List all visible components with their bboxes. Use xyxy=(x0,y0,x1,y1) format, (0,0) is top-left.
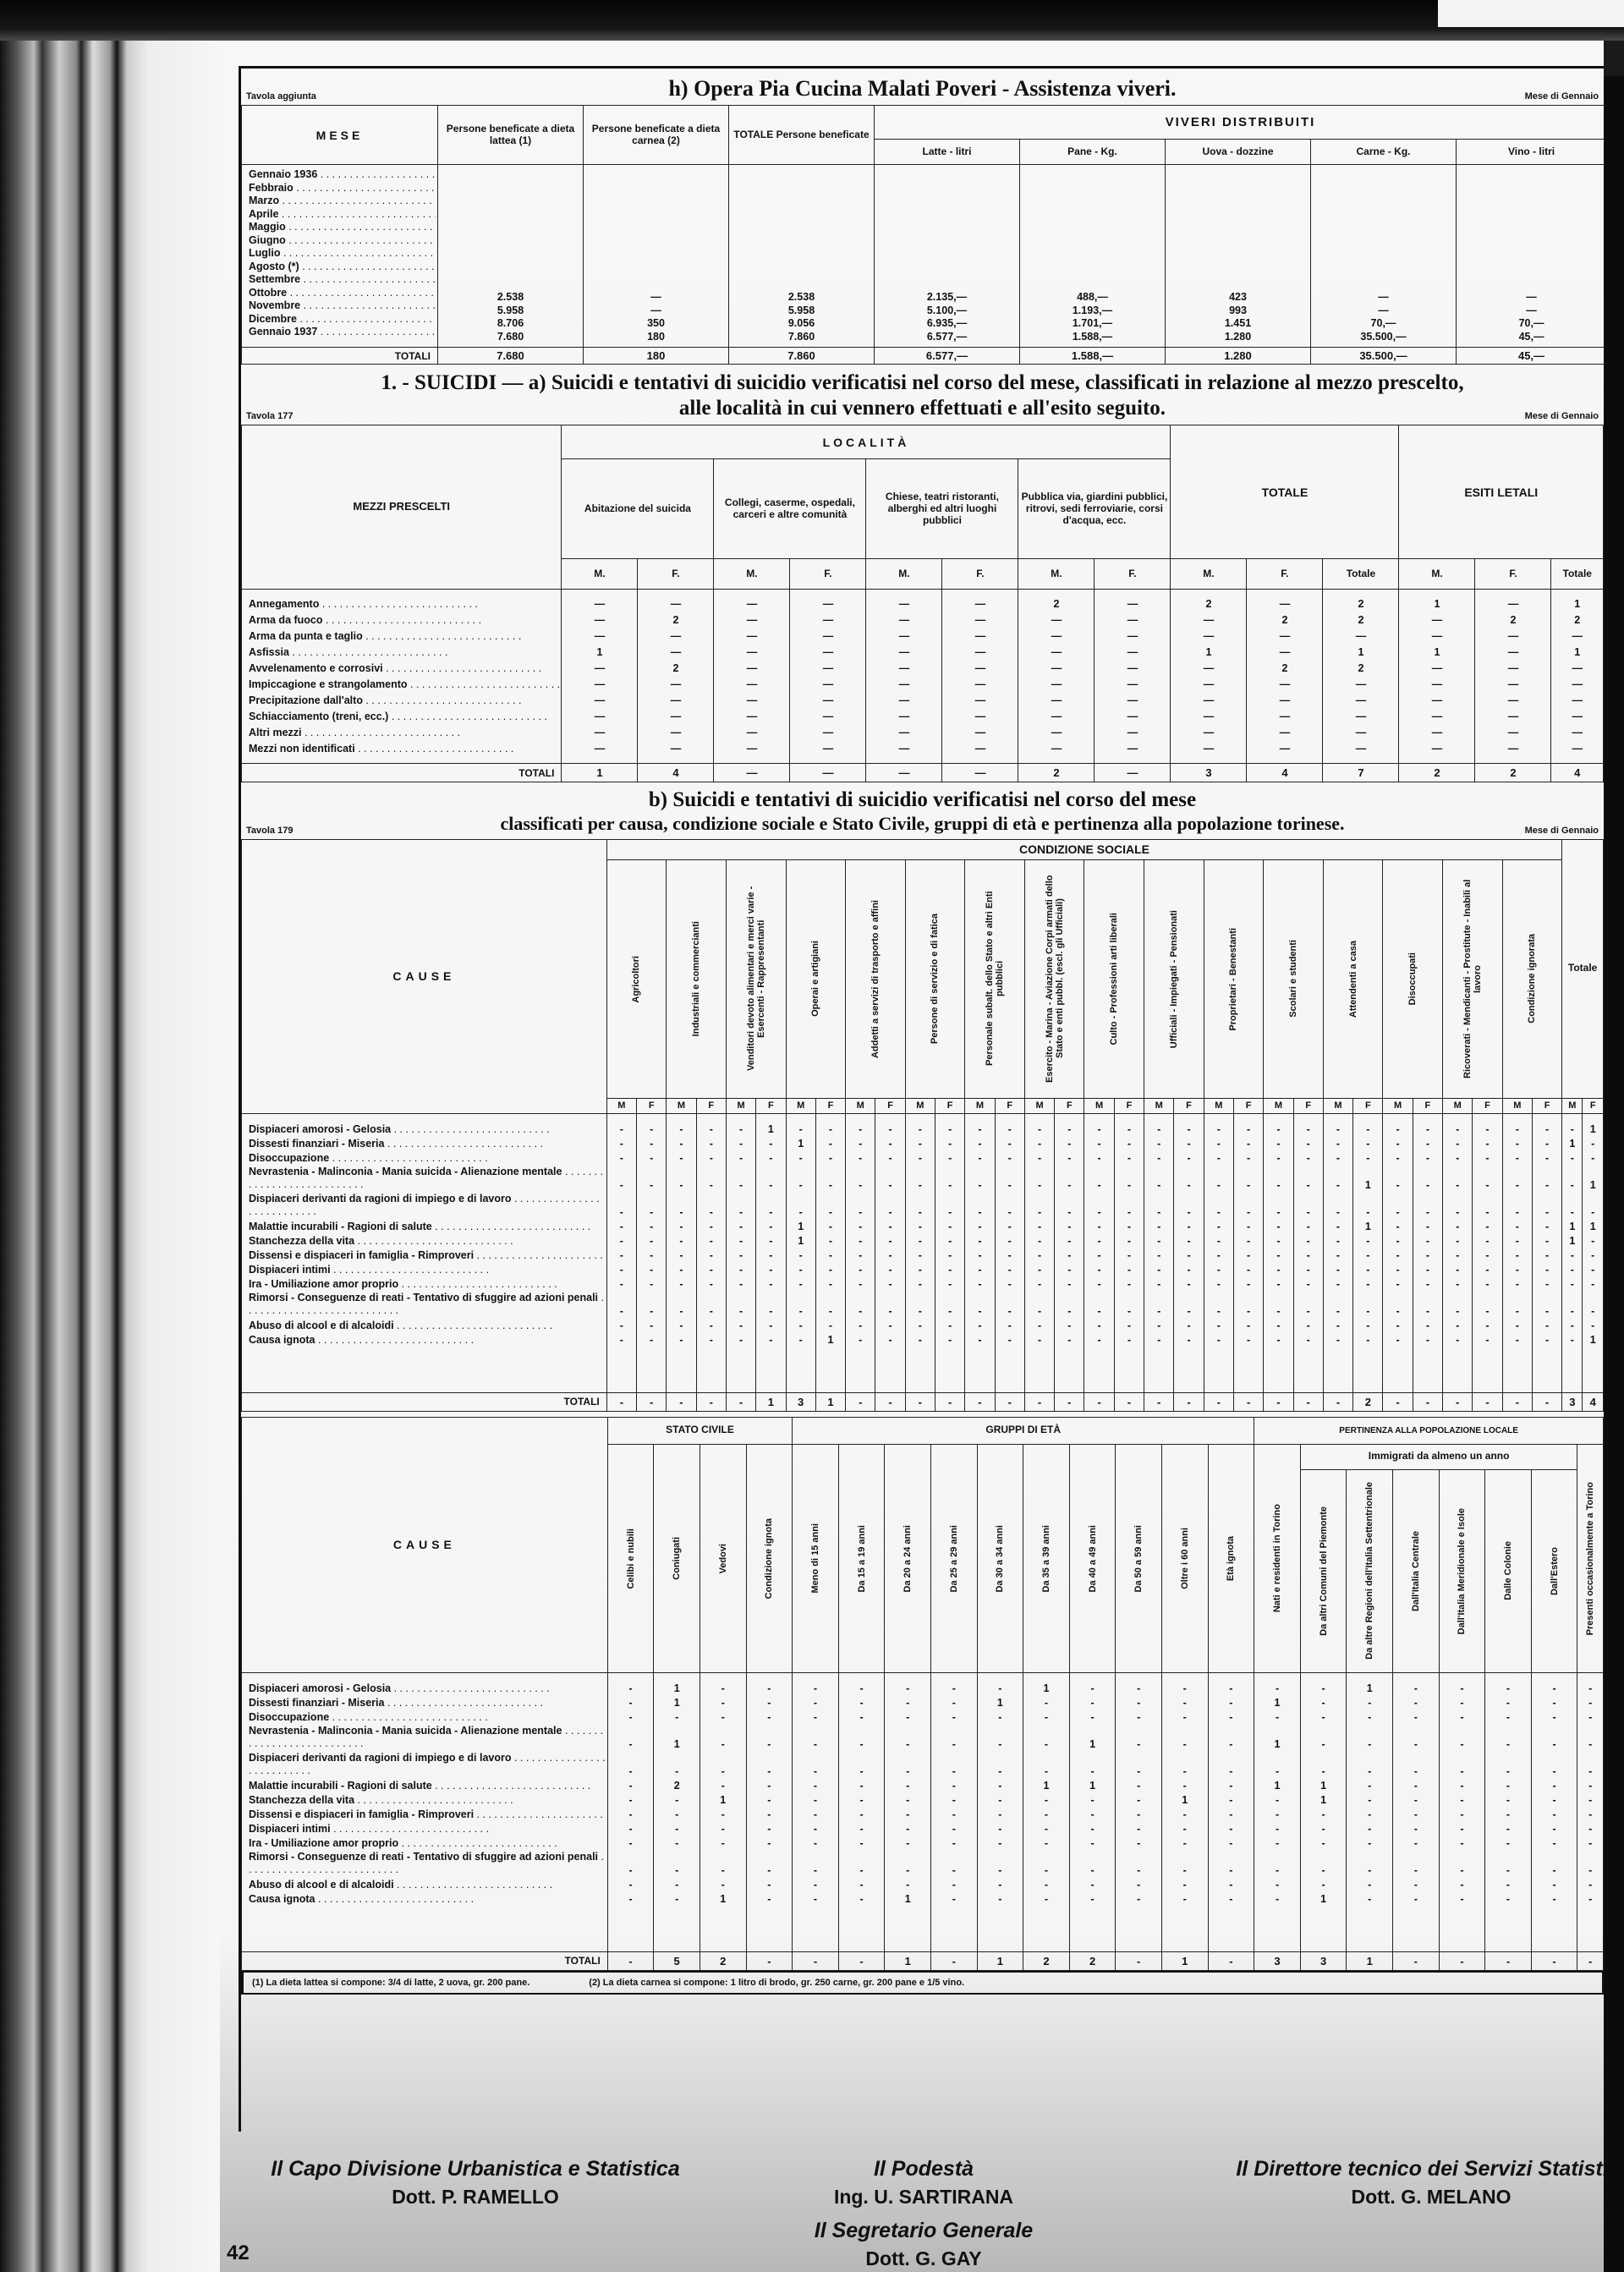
cell: - xyxy=(1325,1277,1351,1292)
cell: — xyxy=(563,661,635,677)
cell: 993 xyxy=(1167,305,1309,318)
cell: - xyxy=(838,1951,885,1970)
value-column: ------------- xyxy=(1393,1672,1440,1951)
header-m: M xyxy=(1084,1098,1114,1113)
mezzo-label: Asfissia xyxy=(249,645,559,661)
cell: - xyxy=(656,1836,698,1851)
value-column: —————————— xyxy=(790,590,866,764)
cell: - xyxy=(841,1793,883,1808)
header-f: F. xyxy=(1247,559,1323,590)
cell: — xyxy=(1325,709,1396,725)
cell: — xyxy=(1477,677,1549,693)
cell: - xyxy=(1265,1263,1291,1277)
cell: — xyxy=(944,693,1016,709)
cell: - xyxy=(1025,1808,1067,1822)
cell: - xyxy=(1579,1808,1601,1822)
cell: - xyxy=(788,1277,814,1292)
cell: - xyxy=(937,1277,963,1292)
cell: 1 xyxy=(979,1696,1022,1710)
cell: - xyxy=(1487,1696,1529,1710)
cell: — xyxy=(1096,709,1168,725)
cell: - xyxy=(1415,1263,1440,1277)
cell: - xyxy=(668,1166,694,1193)
cell: - xyxy=(979,1836,1022,1851)
profession-header: Attendenti a casa xyxy=(1323,859,1383,1098)
cell: - xyxy=(997,1263,1023,1277)
cell: - xyxy=(841,1779,883,1793)
cell: - xyxy=(728,1122,754,1137)
cell: - xyxy=(848,1122,873,1137)
cell: — xyxy=(868,612,940,628)
cell: 1 xyxy=(1584,1166,1601,1193)
cell: - xyxy=(1474,1234,1500,1249)
cell: 1 xyxy=(886,1892,929,1907)
cell: - xyxy=(905,1392,935,1411)
eta-header: Meno di 15 anni xyxy=(793,1444,839,1672)
cell: - xyxy=(1256,1878,1298,1892)
value-column: -1----------- xyxy=(977,1672,1023,1951)
cell: - xyxy=(1146,1263,1171,1277)
cell: - xyxy=(1505,1319,1530,1333)
profession-label: Proprietari - Benestanti xyxy=(1228,928,1238,1031)
cell: 2 xyxy=(1069,1951,1116,1970)
cell: - xyxy=(1236,1220,1261,1234)
cell: - xyxy=(794,1682,837,1696)
cell: - xyxy=(908,1151,933,1166)
cell: - xyxy=(979,1808,1022,1822)
cell: — xyxy=(790,764,866,782)
cell: - xyxy=(818,1277,843,1292)
header-m: M. xyxy=(1018,559,1095,590)
cell: 2.538 xyxy=(731,291,872,305)
cell: - xyxy=(1487,1793,1529,1808)
cell: - xyxy=(848,1151,873,1166)
cell: - xyxy=(1265,1277,1291,1292)
value-column: -1-1-1------- xyxy=(1254,1672,1301,1951)
cell: — xyxy=(1095,764,1171,782)
cell: - xyxy=(702,1779,744,1793)
header-f: F xyxy=(1293,1098,1323,1113)
cell: - xyxy=(908,1220,933,1234)
cell: 1 xyxy=(1072,1725,1114,1752)
cell: - xyxy=(1325,1220,1351,1234)
cell: - xyxy=(979,1822,1022,1836)
table-177: MEZZI PRESCELTI LOCALITÀ TOTALE ESITI LE… xyxy=(241,425,1604,782)
value-column: —2———————— xyxy=(1475,590,1551,764)
value-column: 2————————— xyxy=(1018,590,1095,764)
cell: — xyxy=(1096,677,1168,693)
cell: - xyxy=(841,1836,883,1851)
cell: - xyxy=(1441,1878,1484,1892)
cell: — xyxy=(563,741,635,757)
month-label: Giugno xyxy=(249,234,436,248)
cell: - xyxy=(886,1710,929,1725)
cell: 3 xyxy=(1300,1951,1347,1970)
cell: - xyxy=(1533,1822,1576,1836)
cell: - xyxy=(937,1166,963,1193)
footnote-2: (2) La dieta carnea si compone: 1 litro … xyxy=(589,1978,964,1988)
cell: — xyxy=(1096,596,1168,612)
cell: - xyxy=(749,1892,791,1907)
table-179-mese: Mese di Gennaio xyxy=(1472,826,1599,836)
cell: - xyxy=(1025,1696,1067,1710)
cell: — xyxy=(585,305,727,318)
cell: — xyxy=(944,661,1016,677)
value-column: ------------- xyxy=(1084,1113,1114,1392)
cell: — xyxy=(1401,709,1473,725)
cell: - xyxy=(1355,1122,1380,1137)
value-column: ------------- xyxy=(905,1113,935,1392)
value-column: —————————— xyxy=(942,590,1018,764)
table-179-social-totali-row: TOTALI -----131-----------------2------3… xyxy=(242,1392,1604,1411)
cell: - xyxy=(1210,1752,1253,1779)
cell: - xyxy=(1146,1234,1171,1249)
cell: - xyxy=(1072,1808,1114,1822)
value-column: ------------- xyxy=(1144,1113,1174,1392)
header-m: M. xyxy=(1171,559,1247,590)
cell: - xyxy=(1116,1220,1142,1234)
cell: - xyxy=(997,1151,1023,1166)
cell: - xyxy=(1206,1220,1232,1234)
signature-right: Il Direttore tecnico dei Servizi Statist… xyxy=(1194,2155,1624,2210)
cell: 1 xyxy=(1347,1951,1393,1970)
value-column: ------------- xyxy=(846,1113,875,1392)
cell: - xyxy=(1487,1822,1529,1836)
cell: - xyxy=(841,1878,883,1892)
cell: 7 xyxy=(1323,764,1399,782)
cell: 5.958 xyxy=(731,305,872,318)
profession-header: Operai e artigiani xyxy=(786,859,846,1098)
cell: - xyxy=(699,1333,724,1347)
table-177-title-line2: alle località in cui vennero effettuati … xyxy=(373,396,1472,421)
cell: — xyxy=(1553,741,1601,757)
cell: - xyxy=(1395,1779,1437,1793)
month-label: Febbraio xyxy=(249,182,436,195)
cell: - xyxy=(1395,1808,1437,1822)
cell: - xyxy=(788,1292,814,1319)
cell: - xyxy=(639,1263,664,1277)
cell: - xyxy=(1025,1822,1067,1836)
cell: - xyxy=(1348,1793,1391,1808)
cell: 1 xyxy=(563,645,635,661)
cell: - xyxy=(702,1710,744,1725)
cell: — xyxy=(1096,725,1168,741)
stato-civile-header: Celibi e nubili xyxy=(607,1444,654,1672)
cell: - xyxy=(1117,1878,1160,1892)
cell: 2 xyxy=(1553,612,1601,628)
value-column: ------1-----1 xyxy=(700,1672,746,1951)
cell: 1 xyxy=(885,1951,931,1970)
cell: - xyxy=(1534,1263,1560,1277)
cell: - xyxy=(728,1249,754,1263)
cell: - xyxy=(609,1151,634,1166)
cell: - xyxy=(1206,1193,1232,1220)
profession-label: Addetti a servizi di trasporto e affini xyxy=(870,900,881,1058)
cell: - xyxy=(1056,1292,1082,1319)
cell: - xyxy=(1256,1752,1298,1779)
cell: - xyxy=(1296,1151,1321,1166)
cell: - xyxy=(1534,1319,1560,1333)
header-esiti-letali: ESITI LETALI xyxy=(1399,425,1604,559)
cell: — xyxy=(639,741,711,757)
table-177-section: 1. - SUICIDI — a) Suicidi e tentativi di… xyxy=(241,370,1604,782)
cell: - xyxy=(841,1725,883,1752)
cell: - xyxy=(1072,1752,1114,1779)
cell: - xyxy=(877,1333,903,1347)
cell: - xyxy=(1116,1151,1142,1166)
cell: — xyxy=(1172,661,1244,677)
cell: - xyxy=(1564,1333,1580,1347)
value-column: ------------- xyxy=(1485,1672,1532,1951)
cell: - xyxy=(656,1878,698,1892)
cell: - xyxy=(1176,1277,1201,1292)
cell: - xyxy=(1084,1392,1114,1411)
cell: - xyxy=(1385,1234,1410,1249)
cell: - xyxy=(848,1277,873,1292)
cell: - xyxy=(1265,1333,1291,1347)
cell: - xyxy=(728,1292,754,1319)
header-m: M xyxy=(1562,1098,1583,1113)
cell: 4 xyxy=(1247,764,1323,782)
cell: - xyxy=(1579,1822,1601,1836)
value-column: ------------- xyxy=(1116,1672,1162,1951)
cell: 2 xyxy=(1353,1392,1383,1411)
cause-label: Ira - Umiliazione amor proprio xyxy=(249,1836,606,1851)
cell: - xyxy=(1487,1710,1529,1725)
cell: - xyxy=(1206,1122,1232,1137)
header-f: F. xyxy=(1095,559,1171,590)
cell: — xyxy=(1020,628,1092,645)
value-column: ------------- xyxy=(1439,1672,1485,1951)
cause-label: Dispiaceri derivanti da ragioni di impie… xyxy=(249,1193,605,1220)
cell: - xyxy=(668,1333,694,1347)
cell: — xyxy=(1458,305,1605,318)
cell: 3 xyxy=(786,1392,815,1411)
cell: - xyxy=(758,1249,783,1263)
mezzo-label: Arma da fuoco xyxy=(249,612,559,628)
cell: - xyxy=(1415,1137,1440,1151)
cell: 2 xyxy=(1325,661,1396,677)
cell: - xyxy=(1117,1793,1160,1808)
cell: — xyxy=(944,709,1016,725)
cell: - xyxy=(749,1878,791,1892)
cell: - xyxy=(1385,1333,1410,1347)
cell: - xyxy=(639,1220,664,1234)
value-column: ------1------ xyxy=(1161,1672,1208,1951)
cell: - xyxy=(639,1292,664,1319)
cell: - xyxy=(1086,1193,1111,1220)
cell: - xyxy=(1534,1277,1560,1292)
immigrati-label: Da altre Regioni dell'Italia Settentrion… xyxy=(1364,1482,1374,1660)
cell: - xyxy=(1441,1710,1484,1725)
cell: — xyxy=(1172,709,1244,725)
cell: - xyxy=(699,1122,724,1137)
cell: - xyxy=(1146,1122,1171,1137)
cell: - xyxy=(877,1193,903,1220)
cell: — xyxy=(868,725,940,741)
cell: - xyxy=(1303,1851,1345,1878)
scan-top-shadow xyxy=(0,0,1624,41)
cell: - xyxy=(886,1793,929,1808)
cell: - xyxy=(788,1319,814,1333)
header-m: M xyxy=(726,1098,755,1113)
header-totale-mf: Totale xyxy=(1551,559,1604,590)
cause-label: Ira - Umiliazione amor proprio xyxy=(249,1277,605,1292)
cell: - xyxy=(886,1779,929,1793)
cell: - xyxy=(997,1292,1023,1319)
cell: - xyxy=(1164,1836,1206,1851)
cell: - xyxy=(1355,1319,1380,1333)
table-179-tavola: Tavola 179 xyxy=(246,826,373,836)
cell: - xyxy=(908,1319,933,1333)
cell: - xyxy=(1355,1193,1380,1220)
cell: - xyxy=(1236,1193,1261,1220)
cell: - xyxy=(1146,1333,1171,1347)
cell: - xyxy=(1395,1682,1437,1696)
cell: - xyxy=(841,1752,883,1779)
signatures: Il Capo Divisione Urbanistica e Statisti… xyxy=(239,2155,1604,2272)
cell: - xyxy=(1176,1292,1201,1319)
cell: - xyxy=(1086,1220,1111,1234)
cell: - xyxy=(1487,1752,1529,1779)
cell: - xyxy=(1236,1333,1261,1347)
nati-torino-header: Nati e residenti in Torino xyxy=(1254,1444,1301,1672)
cell: - xyxy=(1533,1793,1576,1808)
cell: - xyxy=(937,1319,963,1333)
profession-header: Venditori devoto alimentari e merci vari… xyxy=(726,859,786,1098)
cell: - xyxy=(1236,1249,1261,1263)
cell: - xyxy=(1296,1292,1321,1319)
col-pane: 488,— 1.193,— 1.701,— 1.588,— xyxy=(1020,165,1166,348)
cause-label: Stanchezza della vita xyxy=(249,1234,605,1249)
cell: - xyxy=(1265,1234,1291,1249)
cell: - xyxy=(1348,1808,1391,1822)
cell: 1 xyxy=(788,1137,814,1151)
cell: - xyxy=(1445,1137,1470,1151)
cell: - xyxy=(877,1249,903,1263)
cell: - xyxy=(1296,1166,1321,1193)
cell: - xyxy=(656,1752,698,1779)
cell: - xyxy=(1395,1696,1437,1710)
cell: 2 xyxy=(656,1779,698,1793)
cell: — xyxy=(639,709,711,725)
cell: - xyxy=(1441,1836,1484,1851)
cell: - xyxy=(1443,1392,1473,1411)
cell: - xyxy=(1505,1292,1530,1319)
header-m: M xyxy=(1024,1098,1054,1113)
cell: - xyxy=(1415,1277,1440,1292)
cell: — xyxy=(1477,628,1549,645)
value-column: ------------- xyxy=(793,1672,839,1951)
cell: - xyxy=(1534,1137,1560,1151)
cell: - xyxy=(1210,1710,1253,1725)
cell: 1 xyxy=(1564,1220,1580,1234)
cell: - xyxy=(1579,1793,1601,1808)
header-totale: Totale xyxy=(1562,839,1604,1098)
profession-label: Esercito - Marina - Aviazione Corpi arma… xyxy=(1045,873,1065,1084)
cell: - xyxy=(1206,1277,1232,1292)
cell: - xyxy=(749,1793,791,1808)
value-column: ------------- xyxy=(1443,1113,1473,1392)
mezzo-label: Avvelenamento e corrosivi xyxy=(249,661,559,677)
cell: - xyxy=(1206,1234,1232,1249)
cell: - xyxy=(1505,1220,1530,1234)
cell: 1.280 xyxy=(1167,331,1309,344)
immigrati-label: Dalle Colonie xyxy=(1503,1541,1513,1600)
cell: — xyxy=(1248,709,1320,725)
cell: - xyxy=(1264,1392,1293,1411)
cell: - xyxy=(1117,1682,1160,1696)
header-m: M xyxy=(1443,1098,1473,1113)
cell: - xyxy=(1487,1851,1529,1878)
header-f: F xyxy=(1233,1098,1263,1113)
cell: - xyxy=(1502,1392,1532,1411)
cell: - xyxy=(639,1137,664,1151)
cell: — xyxy=(792,596,864,612)
cell: - xyxy=(1116,1319,1142,1333)
cell: - xyxy=(1116,1166,1142,1193)
cell: - xyxy=(668,1220,694,1234)
cell: - xyxy=(749,1822,791,1836)
table-179-social-body: Dispiaceri amorosi - GelosiaDissesti fin… xyxy=(242,1113,1604,1392)
profession-header: Ufficiali - Impiegati - Pensionati xyxy=(1144,859,1204,1098)
cell: - xyxy=(886,1851,929,1878)
cell: 1.193,— xyxy=(1022,305,1163,318)
cell: 1 xyxy=(562,764,638,782)
cell: — xyxy=(1401,628,1473,645)
scan-right-shadow xyxy=(1604,76,1624,2272)
cell: - xyxy=(967,1333,992,1347)
cell: - xyxy=(1395,1878,1437,1892)
stato-civile-header: Condizione ignota xyxy=(746,1444,793,1672)
cell: - xyxy=(609,1319,634,1333)
cell: - xyxy=(997,1220,1023,1234)
cell: - xyxy=(1265,1319,1291,1333)
cell: 1 xyxy=(1584,1220,1601,1234)
cell: - xyxy=(1325,1263,1351,1277)
eta-label: Da 25 a 29 anni xyxy=(949,1525,959,1593)
profession-header: Ricoverati - Mendicanti - Prostitute - I… xyxy=(1443,859,1503,1098)
cell: 1 xyxy=(1584,1333,1601,1347)
cause-label: Causa ignota xyxy=(249,1892,606,1907)
col-carne: — — 70,— 35.500,— xyxy=(1311,165,1457,348)
value-column: ------------- xyxy=(930,1672,977,1951)
cell: - xyxy=(1027,1122,1052,1137)
cell: 2 xyxy=(1475,764,1551,782)
cell: — xyxy=(1248,645,1320,661)
cell: - xyxy=(794,1851,837,1878)
cell: - xyxy=(908,1137,933,1151)
cell: - xyxy=(886,1682,929,1696)
value-column: ------------- xyxy=(1323,1113,1352,1392)
cell: - xyxy=(846,1392,875,1411)
mezzo-label: Arma da punta e taglio xyxy=(249,628,559,645)
cell: - xyxy=(1445,1292,1470,1319)
eta-label: Da 40 a 49 anni xyxy=(1088,1525,1098,1593)
value-column: —————————— xyxy=(1095,590,1171,764)
cell: 6.577,— xyxy=(875,348,1020,365)
cell: - xyxy=(933,1682,975,1696)
eta-header: Da 30 a 34 anni xyxy=(977,1444,1023,1672)
cell: - xyxy=(794,1725,837,1752)
cell: - xyxy=(1505,1277,1530,1292)
cell: 2 xyxy=(1399,764,1475,782)
cell: - xyxy=(609,1292,634,1319)
value-column: ------------- xyxy=(1055,1113,1084,1392)
cell: - xyxy=(1303,1696,1345,1710)
cell: - xyxy=(1086,1137,1111,1151)
cell: - xyxy=(794,1779,837,1793)
